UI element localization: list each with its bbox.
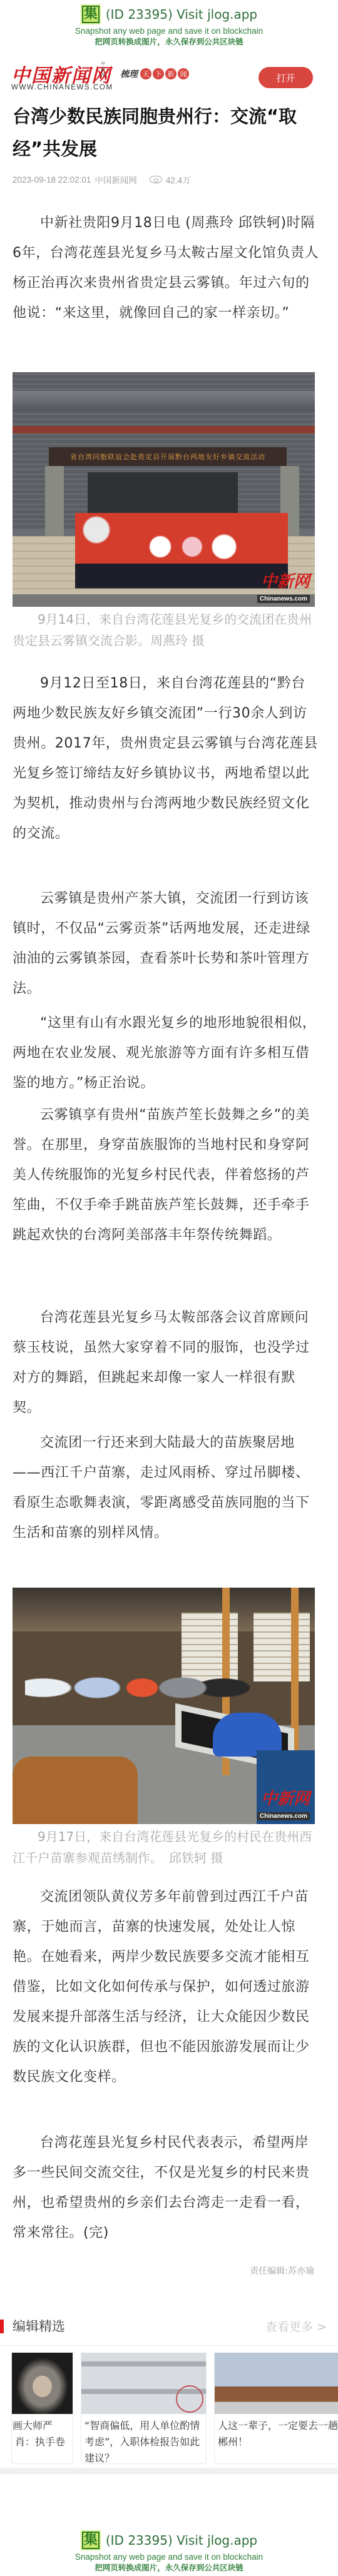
article-paragraph: 台湾花莲县光复乡村民代表表示，希望两岸多一些民间交流交往，不仅是光复乡的村民来贵… (13, 2128, 319, 2248)
see-more-link[interactable]: 查看更多 > (265, 2318, 327, 2335)
article-paragraph: 云雾镇是贵州产茶大镇，交流团一行到访该镇时，不仅品“云雾贡茶”话两地发展，还走进… (13, 884, 319, 1004)
jlog-headline: 集 (ID 23395) Visit jlog.app (0, 2530, 338, 2551)
pick-card-image (215, 2353, 338, 2414)
site-logo-side: 中新网 (101, 61, 106, 78)
section-accent-bar (0, 2320, 4, 2333)
photo-caption: 9月14日，来自台湾花莲县光复乡的交流团在贵州贵定县云雾镇交流合影。周燕玲 摄 (13, 609, 319, 651)
editor-picks-carousel[interactable]: 画大师严肖：执手卷 “智商偏低，用人单位酌情考虑”，入职体检报告如此建议？ 中国… (0, 2353, 338, 2465)
article-meta: 2023-09-18 22:02:01 中国新闻网 42.4万 (13, 173, 191, 186)
jlog-headline: 集 (ID 23395) Visit jlog.app (0, 4, 338, 25)
jlog-logo-icon: 集 (81, 2530, 101, 2550)
pick-card[interactable]: 人这一辈子，一定要去一趟郴州！ 中新社微信公众号 (214, 2353, 338, 2464)
responsible-editor: 责任编辑:苏亦瑜 (250, 2264, 314, 2277)
article-photo-embroidery[interactable]: 中新网 Chinanews.com (13, 1588, 315, 1824)
jlog-id-text[interactable]: (ID 23395) Visit jlog.app (106, 7, 257, 22)
slogan-dot: 闻 (178, 68, 189, 79)
article-paragraph: 云雾镇享有贵州“苗族芦笙长鼓舞之乡”的美誉。在那里，身穿苗族服饰的当地村民和身穿… (13, 1100, 319, 1250)
photo-caption: 9月17日，来自台湾花莲县光复乡的村民在贵州西江千户苗寨参观苗绣制作。 邱铁轲 … (13, 1826, 319, 1869)
photo-banner-text: 省台湾同胞联谊会赴贵定县开展黔台两地友好乡镇交流活动 (49, 447, 287, 466)
pick-card-title: “智商偏低，用人单位酌情考虑”，入职体检报告如此建议？ (81, 2414, 206, 2464)
site-slogan: 梳理 天 下 新 闻 (120, 68, 189, 80)
slogan-script: 梳理 (120, 68, 138, 80)
editor-picks-header: 编辑精选 查看更多 > (0, 2315, 338, 2346)
jlog-tagline-en: Snapshot any web page and save it on blo… (0, 2552, 338, 2562)
site-header: 中国新闻网 中新网 WWW.CHINANEWS.COM 梳理 天 下 新 闻 打… (0, 55, 338, 95)
article-title: 台湾少数民族同胞贵州行：交流“取经”共发展 (13, 100, 313, 165)
pick-card[interactable]: 画大师严肖：执手卷 (11, 2353, 73, 2464)
photo-cloth (13, 1757, 138, 1824)
article-paragraph: 中新社贵阳9月18日电 (周燕玲 邱铁轲)时隔6年，台湾花莲县光复乡马太鞍古屋文… (13, 208, 319, 328)
pick-card-title: 人这一辈子，一定要去一趟郴州！ (215, 2414, 338, 2464)
photo-window (253, 1613, 310, 1681)
open-app-button[interactable]: 打开 (259, 67, 313, 88)
photo-watermark: 中新网 Chinanews.com (257, 572, 310, 603)
jlog-tagline-en: Snapshot any web page and save it on blo… (0, 26, 338, 36)
eye-icon (150, 176, 162, 183)
jlog-id-text[interactable]: (ID 23395) Visit jlog.app (106, 2533, 257, 2548)
article-paragraph: 9月12日至18日，来自台湾花莲县的“黔台两地少数民族友好乡镇交流团”一行30余… (13, 669, 319, 849)
photo-watermark: 中新网 Chinanews.com (257, 1790, 310, 1820)
article-paragraph: “这里有山有水跟光复乡的地形地貌很相似，两地在农业发展、观光旅游等方面有许多相互… (13, 1008, 319, 1098)
photo-eave (13, 426, 315, 434)
article-source: 中国新闻网 (95, 173, 137, 186)
publish-datetime: 2023-09-18 22:02:01 (13, 175, 91, 185)
view-count: 42.4万 (166, 173, 191, 186)
site-logo-url: WWW.CHINANEWS.COM (11, 84, 113, 91)
jlog-tagline-zh: 把网页转换成图片，永久保存到公共区块链 (0, 2562, 338, 2573)
jlog-logo-icon: 集 (81, 4, 101, 24)
jlog-tagline-zh: 把网页转换成图片，永久保存到公共区块链 (0, 36, 338, 47)
jlog-banner-bottom[interactable]: 集 (ID 23395) Visit jlog.app Snapshot any… (0, 2526, 338, 2576)
section-divider (0, 2468, 338, 2474)
slogan-dot: 下 (153, 68, 164, 79)
slogan-dot: 新 (165, 68, 177, 79)
photo-crowd (75, 485, 288, 597)
article-photo-group[interactable]: 省台湾同胞联谊会赴贵定县开展黔台两地友好乡镇交流活动 中新网 Chinanews… (13, 372, 315, 607)
slogan-dot: 天 (140, 68, 151, 79)
photo-pillar (45, 466, 64, 541)
article-paragraph: 台湾花莲县光复乡马太鞍部落会议首席顾问蔡玉枝说，虽然大家穿着不同的服饰，也没学过… (13, 1303, 319, 1423)
photo-roof (13, 391, 315, 411)
pick-card-title: 画大师严肖：执手卷 (12, 2414, 73, 2464)
pick-card-image (12, 2353, 73, 2414)
pick-card-image (81, 2353, 206, 2414)
editor-picks-title: 编辑精选 (13, 2316, 65, 2335)
article-paragraph: 交流团领队黄仪芳多年前曾到过西江千户苗寨，于她而言，苗寨的快速发展，处处让人惊艳… (13, 1882, 319, 2092)
pick-card[interactable]: “智商偏低，用人单位酌情考虑”，入职体检报告如此建议？ 中国新闻网 (81, 2353, 207, 2464)
article-paragraph: 交流团一行还来到大陆最大的苗族聚居地——西江千户苗寨，走过风雨桥、穿过吊脚楼、看… (13, 1428, 319, 1548)
jlog-banner-top[interactable]: 集 (ID 23395) Visit jlog.app Snapshot any… (0, 0, 338, 50)
